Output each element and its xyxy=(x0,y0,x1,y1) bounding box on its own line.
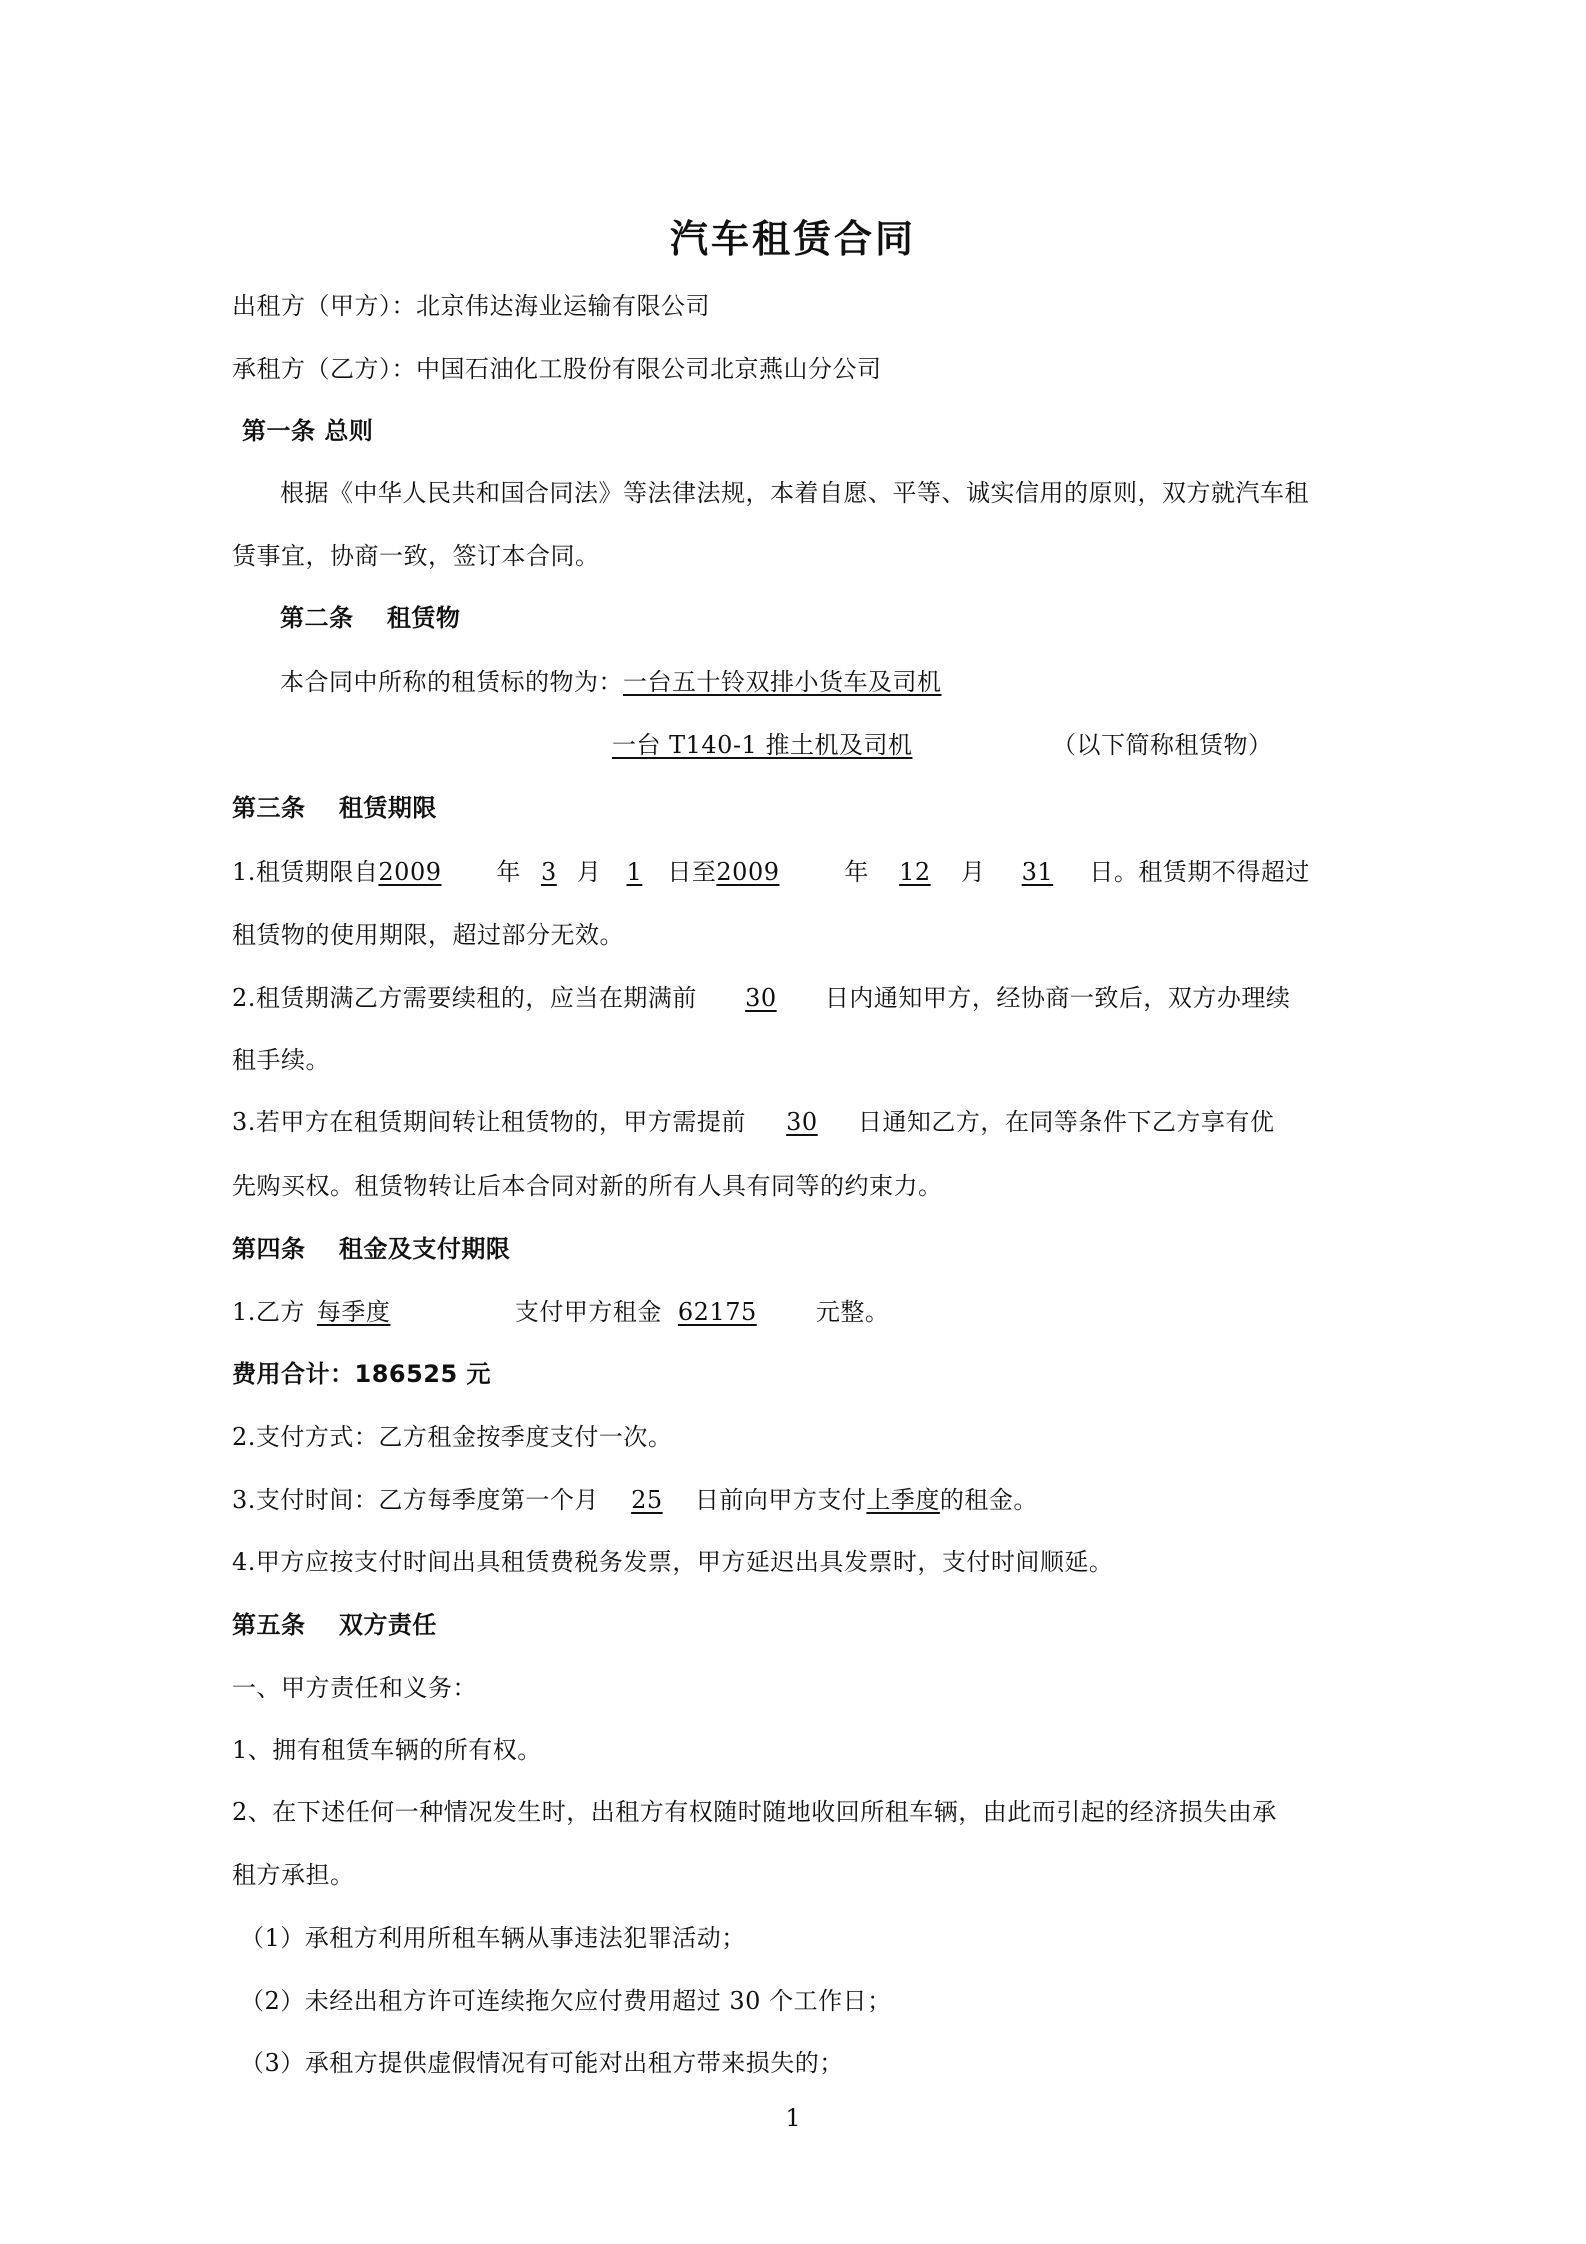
article2-intro-line: 本合同中所称的租赁标的物为：一台五十铃双排小货车及司机 xyxy=(280,667,1003,697)
c2-prefix: 2.租赁期满乙方需要续租的，应当在期满前 xyxy=(232,984,697,1012)
year-label: 年 xyxy=(844,858,869,886)
end-month: 12 xyxy=(869,857,961,887)
rent-amount: 62175 xyxy=(662,1297,816,1327)
to-label: 日至 xyxy=(667,858,716,886)
document-page: 汽车租赁合同 出租方（甲方）：北京伟达海业运输有限公司 承租方（乙方）：中国石油… xyxy=(0,0,1586,2244)
lessee-line: 承租方（乙方）：中国石油化工股份有限公司北京燕山分公司 xyxy=(232,354,882,384)
document-title: 汽车租赁合同 xyxy=(0,208,1586,263)
article4-clause2: 2.支付方式：乙方租金按季度支付一次。 xyxy=(232,1422,672,1452)
article3-clause3-line2: 先购买权。租赁物转让后本合同对新的所有人具有同等的约束力。 xyxy=(232,1171,943,1201)
article3-clause2-line2: 租手续。 xyxy=(232,1045,330,1075)
article5-case3: （3）承租方提供虚假情况有可能对出租方带来损失的； xyxy=(240,2048,844,2078)
payment-period: 每季度 xyxy=(305,1297,515,1327)
article3-clause2-line1: 2.租赁期满乙方需要续租的，应当在期满前30日内通知甲方，经协商一致后，双方办理… xyxy=(232,983,1290,1013)
page-number: 1 xyxy=(0,2104,1586,2132)
article3-clause1-line1: 1.租赁期限自2009年3月1日至2009年12月31日。租赁期不得超过 xyxy=(232,857,1310,887)
a4c3-mid: 日前向甲方支付 xyxy=(695,1486,867,1514)
start-year: 2009 xyxy=(378,857,496,887)
article1-para-line2: 赁事宜，协商一致，签订本合同。 xyxy=(232,541,600,571)
article4-clause4: 4.甲方应按支付时间出具租赁费税务发票，甲方延迟出具发票时，支付时间顺延。 xyxy=(232,1547,1113,1577)
article5-heading: 第五条 双方责任 xyxy=(232,1610,437,1640)
article5-item1: 1、拥有租赁车辆的所有权。 xyxy=(232,1735,542,1765)
renewal-notice-days: 30 xyxy=(697,983,825,1013)
article5-item2-line1: 2、在下述任何一种情况发生时，出租方有权随时随地收回所租车辆，由此而引起的经济损… xyxy=(232,1797,1277,1827)
article2-intro: 本合同中所称的租赁标的物为： xyxy=(280,668,623,696)
article3-heading: 第三条 租赁期限 xyxy=(232,793,437,823)
article1-para-line1: 根据《中华人民共和国合同法》等法律法规，本着自愿、平等、诚实信用的原则，双方就汽… xyxy=(280,478,1309,508)
c3-suffix: 日通知乙方，在同等条件下乙方享有优 xyxy=(858,1108,1275,1136)
end-day: 31 xyxy=(985,857,1089,887)
payment-quarter: 上季度 xyxy=(866,1485,940,1515)
article3-clause3-line1: 3.若甲方在租赁期间转让租赁物的，甲方需提前30日通知乙方，在同等条件下乙方享有… xyxy=(232,1107,1274,1137)
lessor-line: 出租方（甲方）：北京伟达海业运输有限公司 xyxy=(232,291,710,321)
a4c1-suffix: 元整。 xyxy=(816,1298,890,1326)
article2-heading: 第二条 租赁物 xyxy=(280,603,460,633)
article4-clause3: 3.支付时间：乙方每季度第一个月25日前向甲方支付上季度的租金。 xyxy=(232,1485,1038,1515)
start-month: 3 xyxy=(521,857,577,887)
transfer-notice-days: 30 xyxy=(746,1107,858,1137)
article2-item2-line: 一台 T140-1 推土机及司机（以下简称租赁物） xyxy=(612,730,1273,760)
article4-clause1: 1.乙方每季度支付甲方租金62175元整。 xyxy=(232,1297,889,1327)
start-day: 1 xyxy=(601,857,667,887)
payment-day: 25 xyxy=(599,1485,695,1515)
article5-case1: （1）承租方利用所租车辆从事违法犯罪活动； xyxy=(240,1923,746,1953)
article3-clause1-line2: 租赁物的使用期限，超过部分无效。 xyxy=(232,920,624,950)
a4c1-mid: 支付甲方租金 xyxy=(515,1298,662,1326)
lease-item-2: 一台 T140-1 推土机及司机 xyxy=(612,730,992,760)
month-label: 月 xyxy=(577,858,602,886)
c2-suffix: 日内通知甲方，经协商一致后，双方办理续 xyxy=(825,984,1291,1012)
a4c3-prefix: 3.支付时间：乙方每季度第一个月 xyxy=(232,1486,599,1514)
year-label: 年 xyxy=(496,858,521,886)
article4-heading: 第四条 租金及支付期限 xyxy=(232,1234,510,1264)
article5-item2-line2: 租方承担。 xyxy=(232,1860,355,1890)
article1-heading: 第一条 总则 xyxy=(242,416,373,446)
a4c1-prefix: 1.乙方 xyxy=(232,1298,305,1326)
lease-item-note: （以下简称租赁物） xyxy=(1052,731,1273,759)
total-fee: 费用合计：186525 元 xyxy=(232,1359,491,1389)
a4c3-suffix: 的租金。 xyxy=(940,1486,1038,1514)
c1-suffix: 日。租赁期不得超过 xyxy=(1089,858,1310,886)
article5-case2: （2）未经出租方许可连续拖欠应付费用超过 30 个工作日； xyxy=(240,1986,892,2016)
c1-prefix: 1.租赁期限自 xyxy=(232,858,378,886)
end-year: 2009 xyxy=(716,857,844,887)
c3-prefix: 3.若甲方在租赁期间转让租赁物的，甲方需提前 xyxy=(232,1108,746,1136)
lease-item-1: 一台五十铃双排小货车及司机 xyxy=(623,667,1003,697)
article5-sub1: 一、甲方责任和义务： xyxy=(232,1673,477,1703)
month-label: 月 xyxy=(961,858,986,886)
